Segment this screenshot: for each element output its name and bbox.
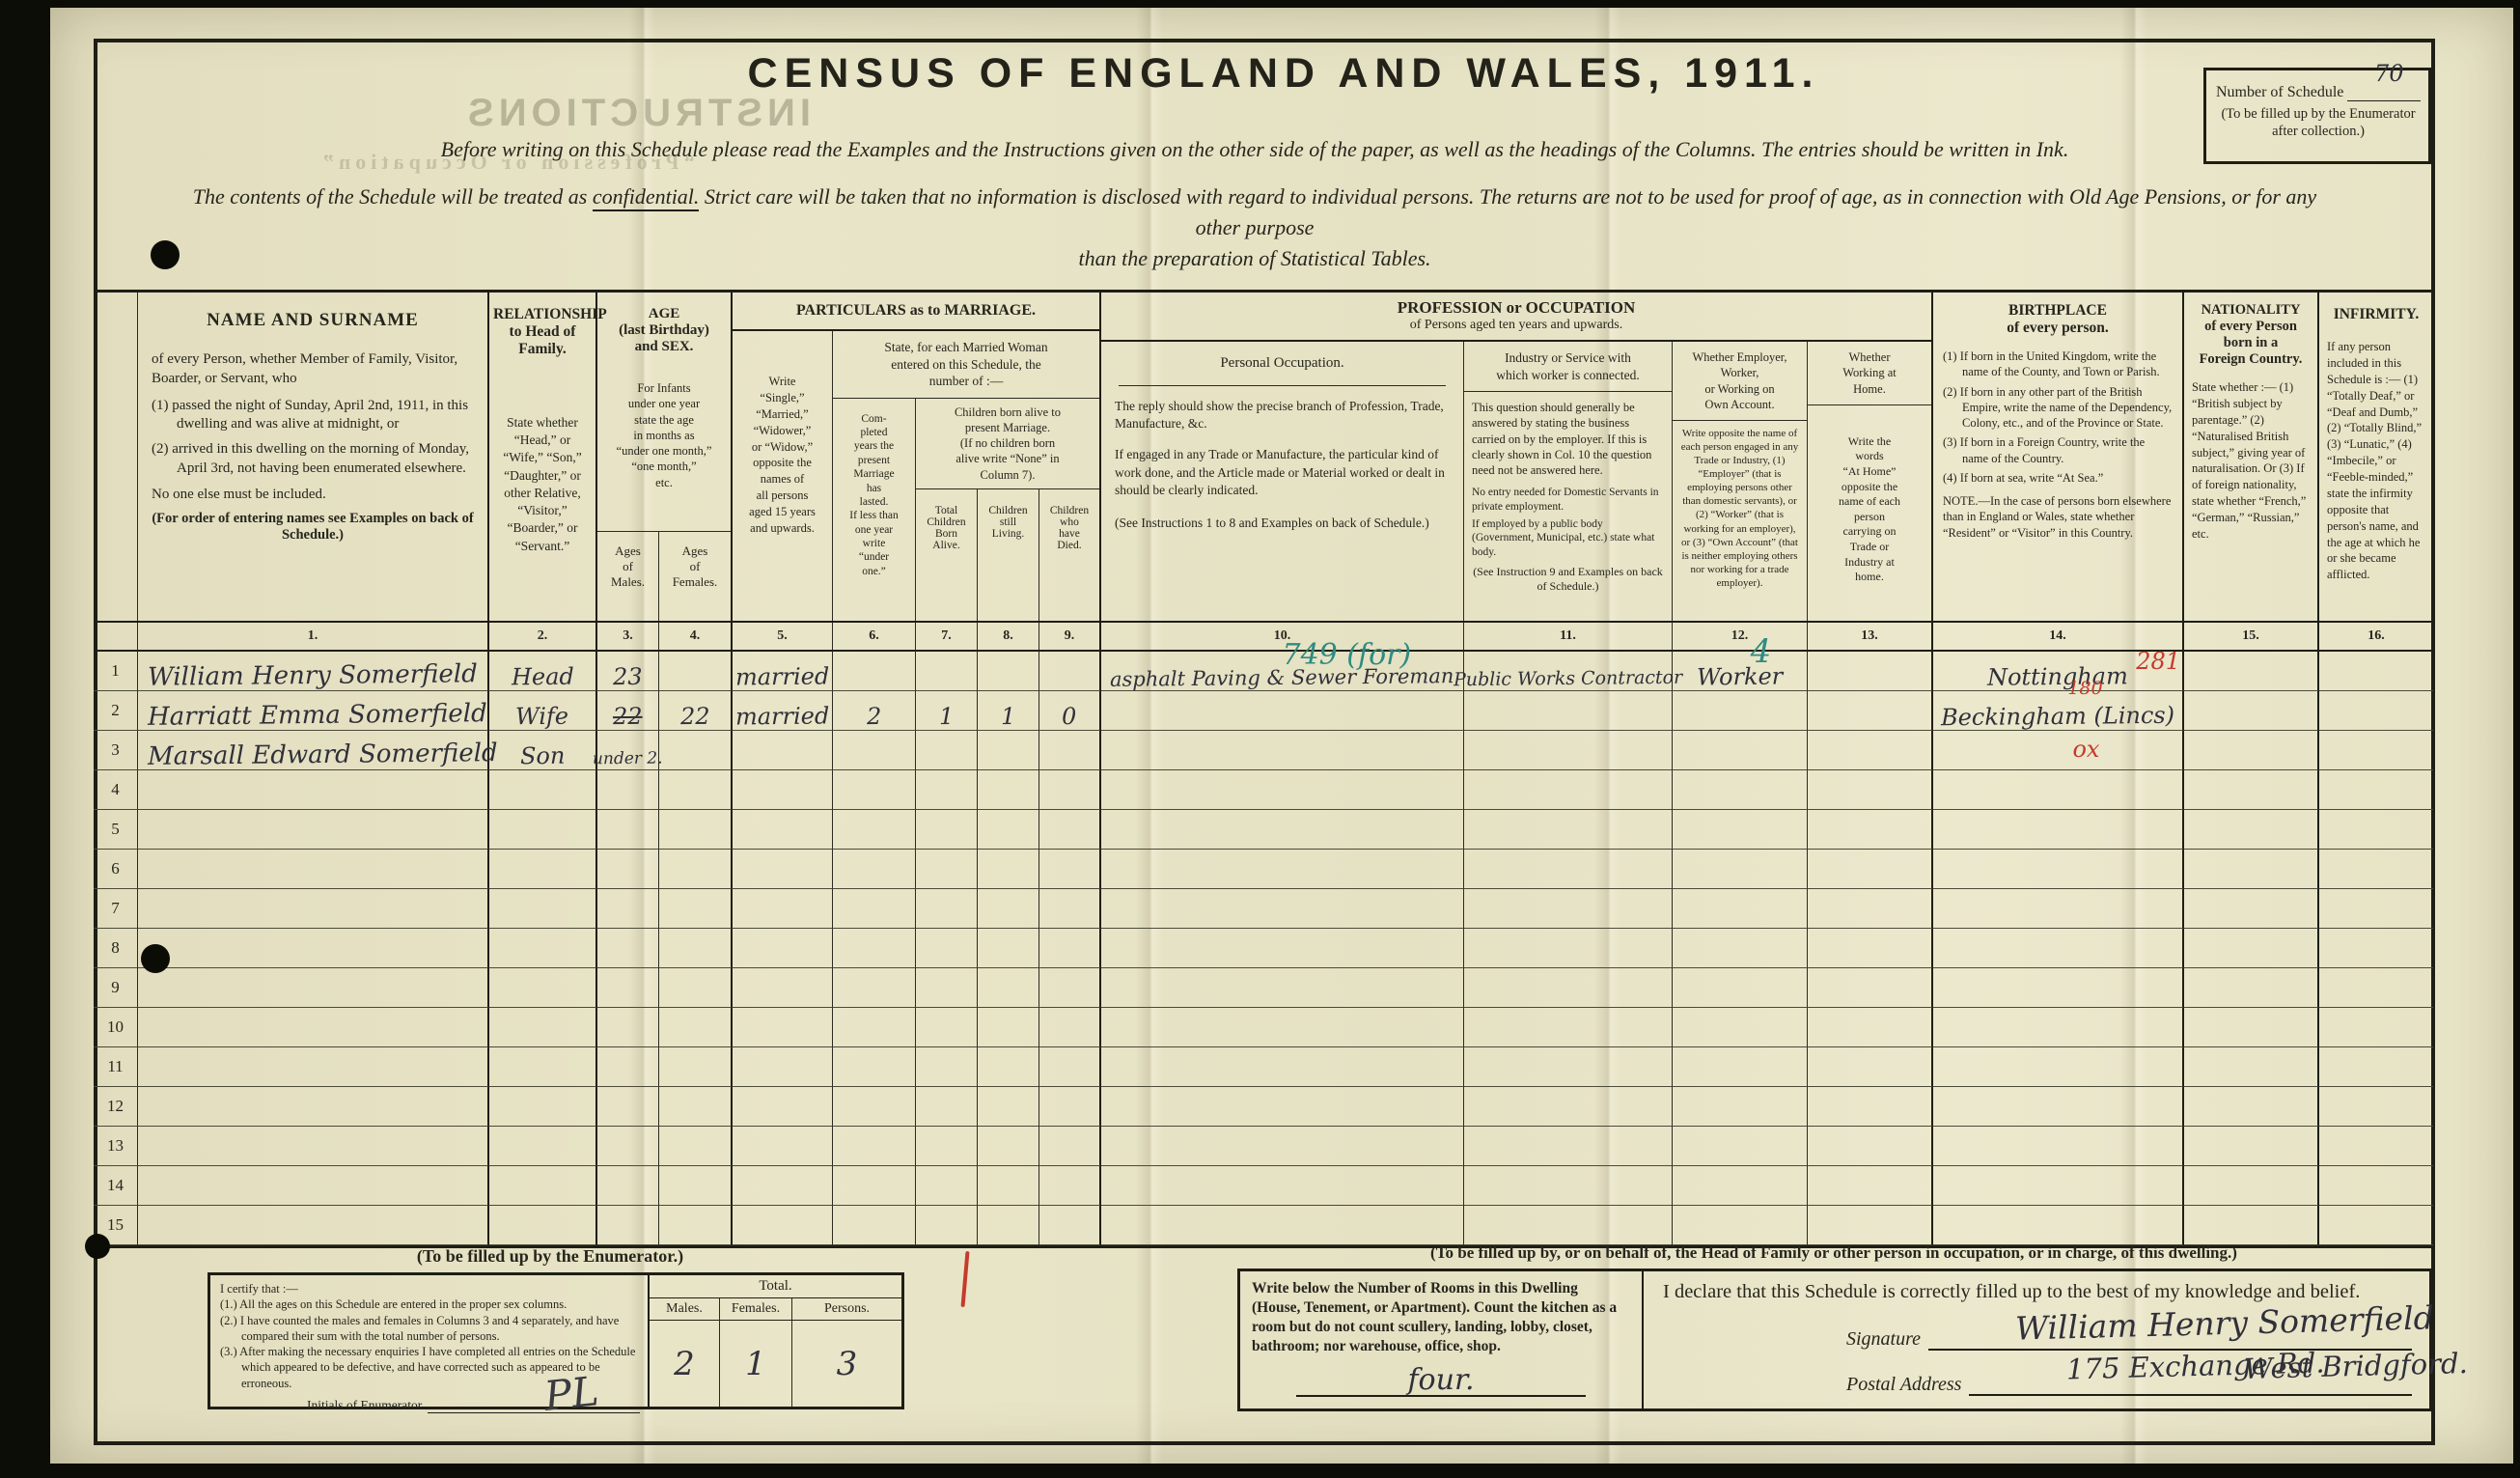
cell-agef-row-15 [659,1206,733,1245]
column-number-14: 14. [1933,623,2184,650]
cell-rn-row-3: 3 [94,731,138,770]
cell-agem-row-2: 22 [597,691,659,731]
cell-yrs-row-1 [833,652,916,691]
column-number-row: 1.2.3.4.5.6.7.8.9.10.11.12.13.14.15.16. [94,621,2435,652]
cell-mar-row-1: married [733,652,833,691]
certify-item: (1.) All the ages on this Schedule are e… [220,1297,640,1312]
cell-emp-row-3 [1673,731,1808,770]
cell-name-row-1: William Henry Somerfield [138,652,489,691]
cell-emp-row-9 [1673,968,1808,1008]
cell-ind-row-2 [1464,691,1673,731]
column-number-2: 2. [489,623,597,650]
cell-inf-row-11 [2319,1047,2433,1087]
red-annotation: 180 [2067,678,2102,699]
cell-name-row-12 [138,1087,489,1127]
cell-home-row-15 [1808,1206,1933,1245]
cell-ind-row-6 [1464,850,1673,889]
col-age-header: AGE (last Birthday) and SEX. For Infants… [597,293,733,621]
cell-died-row-5 [1039,810,1101,850]
cell-agef-row-8 [659,929,733,968]
cell-rn-row-6: 6 [94,850,138,889]
cell-inf-row-12 [2319,1087,2433,1127]
confidential-underlined: confidential. [593,184,700,211]
cell-mar-row-10 [733,1008,833,1047]
schedule-number-label: Number of Schedule [2216,84,2343,101]
certification-pane: I certify that :— (1.) All the ages on t… [210,1275,650,1407]
table-row-4: 4 [94,770,2435,810]
cell-rn-row-12: 12 [94,1087,138,1127]
cell-nat-row-13 [2184,1127,2319,1166]
birthplace-instructions: (2) If born in any other part of the Bri… [1943,384,2173,432]
signature-label: Signature [1846,1328,1921,1351]
cell-inf-row-14 [2319,1166,2433,1206]
cell-yrs-row-7 [833,889,916,929]
cell-nat-row-4 [2184,770,2319,810]
cell-mar-row-7 [733,889,833,929]
head-declaration-box: Write below the Number of Rooms in this … [1237,1269,2432,1411]
column-number-1: 1. [138,623,489,650]
cell-agef-row-1 [659,652,733,691]
cell-rn-row-9: 9 [94,968,138,1008]
cell-home-row-3 [1808,731,1933,770]
cell-home-row-1 [1808,652,1933,691]
cell-home-row-9 [1808,968,1933,1008]
table-row-5: 5 [94,810,2435,850]
cell-mar-row-15 [733,1206,833,1245]
working-at-home-heading: Whether Working at Home. [1808,342,1931,405]
cell-yrs-row-6 [833,850,916,889]
head-section-heading: (To be filled up by, or on behalf of, th… [1233,1243,2434,1263]
initials-row: Initials of Enumerator PL [220,1397,640,1414]
table-row-9: 9 [94,968,2435,1008]
signature-rule: William Henry Somerfield [1928,1339,2412,1351]
cell-rel-row-9 [489,968,597,1008]
cell-occ-row-8 [1101,929,1464,968]
certify-intro: I certify that :— [220,1281,640,1297]
column-number-5: 5. [733,623,833,650]
ages-females-heading: Ages of Females. [659,532,731,621]
postal-address-handwriting: West Bridgford. [2243,1347,2468,1385]
cell-born-row-7 [916,889,978,929]
birthplace-instructions: (4) If born at sea, write “At Sea.” [1943,470,2173,486]
cell-bp-row-13 [1933,1127,2184,1166]
cell-liv-row-12 [978,1087,1039,1127]
name-surname-heading: NAME AND SURNAME [152,310,474,331]
column-number-11: 11. [1464,623,1673,650]
cell-emp-row-10 [1673,1008,1808,1047]
cell-died-row-14 [1039,1166,1101,1206]
cell-agef-row-4 [659,770,733,810]
married-woman-heading: State, for each Married Woman entered on… [833,331,1099,399]
cell-agem-row-6 [597,850,659,889]
relationship-instructions: State whether “Head,” or “Wife,” “Son,” … [493,414,592,555]
preamble-text: The contents of the Schedule will be tre… [193,184,593,209]
cell-inf-row-4 [2319,770,2433,810]
cell-emp-row-5 [1673,810,1808,850]
profession-group-heading: PROFESSION or OCCUPATION [1101,298,1931,318]
cell-inf-row-2 [2319,691,2433,731]
cell-nat-row-7 [2184,889,2319,929]
cell-inf-row-6 [2319,850,2433,889]
name-handwriting: Marsall Edward Somerfield [148,740,498,769]
cell-home-row-5 [1808,810,1933,850]
name-instructions: (For order of entering names see Example… [152,511,474,544]
cell-rel-row-1: Head [489,652,597,691]
cell-nat-row-2 [2184,691,2319,731]
cell-agem-row-15 [597,1206,659,1245]
cell-nat-row-5 [2184,810,2319,850]
mar-handwriting: married [735,704,830,728]
table-header: NAME AND SURNAME of every Person, whethe… [94,293,2435,621]
rooms-pane: Write below the Number of Rooms in this … [1240,1271,1644,1408]
cell-ind-row-15 [1464,1206,1673,1245]
column-number-15: 15. [2184,623,2319,650]
cell-liv-row-10 [978,1008,1039,1047]
cell-liv-row-5 [978,810,1039,850]
relationship-heading: RELATIONSHIP to Head of Family. [493,306,592,358]
total-persons-value: 3 [792,1321,901,1407]
cell-agef-row-5 [659,810,733,850]
cell-born-row-15 [916,1206,978,1245]
personal-occupation-heading: Personal Occupation. [1119,342,1446,386]
cell-agem-row-9 [597,968,659,1008]
cell-bp-row-15 [1933,1206,2184,1245]
cell-ind-row-4 [1464,770,1673,810]
cell-name-row-14 [138,1166,489,1206]
cell-rn-row-13: 13 [94,1127,138,1166]
cell-agem-row-3: under 2. [597,731,659,770]
cell-liv-row-3 [978,731,1039,770]
cell-yrs-row-14 [833,1166,916,1206]
cell-occ-row-4 [1101,770,1464,810]
cell-occ-row-3 [1101,731,1464,770]
cell-emp-row-13 [1673,1127,1808,1166]
preamble-line-1: Before writing on this Schedule please r… [270,137,2239,162]
cell-died-row-7 [1039,889,1101,929]
preamble-line-3: than the preparation of Statistical Tabl… [1078,246,1430,270]
col-infirmity-header: INFIRMITY. If any person included in thi… [2319,293,2433,621]
agem-handwriting: 22 [613,705,643,728]
cell-rn-row-4: 4 [94,770,138,810]
cell-agem-row-10 [597,1008,659,1047]
total-heading: Total. [650,1275,901,1298]
rel-handwriting: Head [511,665,573,689]
cell-died-row-11 [1039,1047,1101,1087]
rooms-value-rule: four. [1296,1366,1586,1397]
column-number-7: 7. [916,623,978,650]
cell-agem-row-12 [597,1087,659,1127]
cell-occ-row-1: asphalt Paving & Sewer Foreman749 (for) [1101,652,1464,691]
cell-born-row-10 [916,1008,978,1047]
cell-mar-row-8 [733,929,833,968]
cell-mar-row-9 [733,968,833,1008]
punch-hole [151,240,180,269]
cell-died-row-9 [1039,968,1101,1008]
total-persons-heading: Persons. [792,1298,901,1321]
cell-emp-row-6 [1673,850,1808,889]
rooms-value-handwriting: four. [1407,1363,1474,1397]
cell-rel-row-12 [489,1087,597,1127]
cell-mar-row-6 [733,850,833,889]
cell-inf-row-3 [2319,731,2433,770]
cell-agem-row-7 [597,889,659,929]
industry-heading: Industry or Service with which worker is… [1464,342,1672,392]
column-number-16: 16. [2319,623,2433,650]
table-row-14: 14 [94,1166,2435,1206]
cell-bp-row-14 [1933,1166,2184,1206]
cell-mar-row-12 [733,1087,833,1127]
cell-emp-row-7 [1673,889,1808,929]
total-females-heading: Females. [720,1298,791,1321]
industry-instructions: (See Instruction 9 and Examples on back … [1464,559,1672,594]
cell-rel-row-13 [489,1127,597,1166]
schedule-number-note: (To be filled up by the Enumerator after… [2216,105,2421,140]
rel-handwriting: Son [520,744,566,767]
cell-name-row-4 [138,770,489,810]
ages-males-heading: Ages of Males. [597,532,659,621]
red-annotation: 281 [2136,648,2180,675]
cell-died-row-13 [1039,1127,1101,1166]
cell-inf-row-8 [2319,929,2433,968]
marital-status-instructions: Write “Single,” “Married,” “Widower,” or… [733,331,833,621]
census-table: NAME AND SURNAME of every Person, whethe… [94,290,2435,1248]
cell-died-row-8 [1039,929,1101,968]
table-row-12: 12 [94,1087,2435,1127]
agem-handwriting: under 2. [593,751,663,768]
cell-died-row-3 [1039,731,1101,770]
cell-born-row-2: 1 [916,691,978,731]
name-handwriting: Harriatt Emma Somerfield [148,701,487,730]
cell-inf-row-5 [2319,810,2433,850]
cell-bp-row-2: Beckingham (Lincs)180ox [1933,691,2184,731]
cell-rn-row-8: 8 [94,929,138,968]
cell-name-row-15 [138,1206,489,1245]
cell-bp-row-5 [1933,810,2184,850]
enumerator-box: I certify that :— (1.) All the ages on t… [208,1272,904,1409]
birthplace-instructions: (3) If born in a Foreign Country, write … [1943,434,2173,466]
cell-rn-row-5: 5 [94,810,138,850]
preamble-text: Strict care will be taken that no inform… [699,184,2316,239]
children-total-heading: Total Children Born Alive. [916,489,978,621]
punch-hole [141,944,170,973]
cell-ind-row-13 [1464,1127,1673,1166]
cell-nat-row-6 [2184,850,2319,889]
cell-agem-row-13 [597,1127,659,1166]
cell-emp-row-1: Worker4 [1673,652,1808,691]
cell-liv-row-2: 1 [978,691,1039,731]
infirmity-instructions: If any person included in this Schedule … [2327,339,2425,583]
census-schedule-scan: INSTRUCTIONS “Profession or Occupation” … [0,0,2520,1478]
cell-liv-row-4 [978,770,1039,810]
birthplace-instructions: (1) If born in the United Kingdom, write… [1943,349,2173,380]
cell-occ-row-9 [1101,968,1464,1008]
teal-annotation: 749 (for) [1283,638,1412,672]
infirmity-heading: INFIRMITY. [2327,306,2425,323]
cell-emp-row-14 [1673,1166,1808,1206]
table-row-13: 13 [94,1127,2435,1166]
employer-worker-heading: Whether Employer, Worker, or Working on … [1673,342,1807,421]
cell-bp-row-3 [1933,731,2184,770]
cell-born-row-13 [916,1127,978,1166]
occupation-instructions: If engaged in any Trade or Manufacture, … [1101,432,1463,499]
cell-emp-row-15 [1673,1206,1808,1245]
column-number-3: 3. [597,623,659,650]
signature-handwriting: William Henry Somerfield [2015,1298,2435,1347]
column-number-6: 6. [833,623,916,650]
cell-liv-row-8 [978,929,1039,968]
cell-agef-row-7 [659,889,733,929]
enumerator-initials-handwriting: PL [541,1366,601,1424]
cell-liv-row-13 [978,1127,1039,1166]
cell-died-row-6 [1039,850,1101,889]
cell-bp-row-12 [1933,1087,2184,1127]
name-instructions: (1) passed the night of Sunday, April 2n… [152,397,474,435]
cell-ind-row-14 [1464,1166,1673,1206]
cell-rel-row-3: Son [489,731,597,770]
cell-rel-row-4 [489,770,597,810]
industry-instructions: If employed by a public body (Government… [1464,514,1672,559]
col-name-header: NAME AND SURNAME of every Person, whethe… [138,293,489,621]
cell-emp-row-4 [1673,770,1808,810]
cell-rel-row-10 [489,1008,597,1047]
cell-agef-row-2: 22 [659,691,733,731]
children-died-heading: Children who have Died. [1039,489,1099,621]
cell-yrs-row-2: 2 [833,691,916,731]
cell-home-row-10 [1808,1008,1933,1047]
table-row-10: 10 [94,1008,2435,1047]
cell-bp-row-7 [1933,889,2184,929]
cell-liv-row-9 [978,968,1039,1008]
cell-inf-row-10 [2319,1008,2433,1047]
cell-born-row-5 [916,810,978,850]
table-row-6: 6 [94,850,2435,889]
cell-liv-row-7 [978,889,1039,929]
cell-born-row-12 [916,1087,978,1127]
cell-bp-row-1: Nottingham281 [1933,652,2184,691]
birthplace-heading: BIRTHPLACE of every person. [1943,302,2173,337]
cell-born-row-11 [916,1047,978,1087]
name-instructions: of every Person, whether Member of Famil… [152,350,474,389]
cell-rn-row-14: 14 [94,1166,138,1206]
cell-home-row-8 [1808,929,1933,968]
table-row-7: 7 [94,889,2435,929]
cell-ind-row-8 [1464,929,1673,968]
liv-handwriting: 1 [1001,705,1016,728]
cell-name-row-8 [138,929,489,968]
cell-home-row-12 [1808,1087,1933,1127]
cell-ind-row-5 [1464,810,1673,850]
cell-home-row-11 [1808,1047,1933,1087]
cell-died-row-4 [1039,770,1101,810]
cell-name-row-3: Marsall Edward Somerfield [138,731,489,770]
cell-nat-row-1 [2184,652,2319,691]
cell-home-row-6 [1808,850,1933,889]
cell-liv-row-11 [978,1047,1039,1087]
enumerator-section-heading: (To be filled up by the Enumerator.) [154,1246,946,1267]
cell-rn-row-7: 7 [94,889,138,929]
industry-instructions: This question should generally be answer… [1464,392,1672,478]
cell-bp-row-4 [1933,770,2184,810]
initials-rule: PL [428,1401,640,1413]
cell-mar-row-5 [733,810,833,850]
col-birthplace-header: BIRTHPLACE of every person. (1) If born … [1933,293,2184,621]
cell-born-row-3 [916,731,978,770]
cell-ind-row-3 [1464,731,1673,770]
cell-agef-row-6 [659,850,733,889]
cell-name-row-13 [138,1127,489,1166]
rownum-header-cell [94,293,138,621]
cell-rel-row-7 [489,889,597,929]
cell-rel-row-5 [489,810,597,850]
cell-liv-row-15 [978,1206,1039,1245]
red-annotation: ox [2072,736,2099,763]
cell-name-row-7 [138,889,489,929]
cell-bp-row-10 [1933,1008,2184,1047]
punch-hole [85,1234,110,1259]
cell-yrs-row-10 [833,1008,916,1047]
cell-occ-row-5 [1101,810,1464,850]
ind-handwriting: Public Works Contractor [1454,669,1682,689]
bp-handwriting: Nottingham [1987,664,2128,689]
table-row-8: 8 [94,929,2435,968]
profession-group-subheading: of Persons aged ten years and upwards. [1101,318,1931,333]
table-row-2: 2Harriatt Emma SomerfieldWife2222married… [94,691,2435,731]
form-title: CENSUS OF ENGLAND AND WALES, 1911. [734,50,1834,98]
cell-bp-row-8 [1933,929,2184,968]
cell-inf-row-13 [2319,1127,2433,1166]
rel-handwriting: Wife [515,705,568,729]
col-nationality-header: NATIONALITY of every Person born in a Fo… [2184,293,2319,621]
cell-nat-row-8 [2184,929,2319,968]
occupation-instructions: The reply should show the precise branch… [1101,386,1463,432]
age-instructions: For Infants under one year state the age… [597,380,731,531]
cell-rel-row-6 [489,850,597,889]
cell-occ-row-15 [1101,1206,1464,1245]
cell-agef-row-11 [659,1047,733,1087]
cell-yrs-row-4 [833,770,916,810]
cell-agem-row-1: 23 [597,652,659,691]
born-handwriting: 1 [939,705,955,728]
column-number-12: 12. [1673,623,1808,650]
cell-agef-row-12 [659,1087,733,1127]
cell-agem-row-8 [597,929,659,968]
agef-handwriting: 22 [680,705,710,728]
col-relationship-header: RELATIONSHIP to Head of Family. State wh… [489,293,597,621]
children-living-heading: Children still Living. [978,489,1039,621]
cell-occ-row-12 [1101,1087,1464,1127]
cell-name-row-6 [138,850,489,889]
column-number-4: 4. [659,623,733,650]
preamble-line-2: The contents of the Schedule will be tre… [174,181,2336,274]
cell-ind-row-10 [1464,1008,1673,1047]
cell-home-row-4 [1808,770,1933,810]
cell-occ-row-6 [1101,850,1464,889]
total-males-heading: Males. [650,1298,719,1321]
children-born-heading: Children born alive to present Marriage.… [916,399,1099,489]
cell-ind-row-7 [1464,889,1673,929]
cell-died-row-12 [1039,1087,1101,1127]
cell-name-row-11 [138,1047,489,1087]
cell-occ-row-2 [1101,691,1464,731]
column-number-13: 13. [1808,623,1933,650]
cell-bp-row-9 [1933,968,2184,1008]
cell-yrs-row-13 [833,1127,916,1166]
cell-agef-row-10 [659,1008,733,1047]
cell-agef-row-13 [659,1127,733,1166]
yrs-handwriting: 2 [867,705,882,728]
cell-rn-row-2: 2 [94,691,138,731]
cell-home-row-13 [1808,1127,1933,1166]
